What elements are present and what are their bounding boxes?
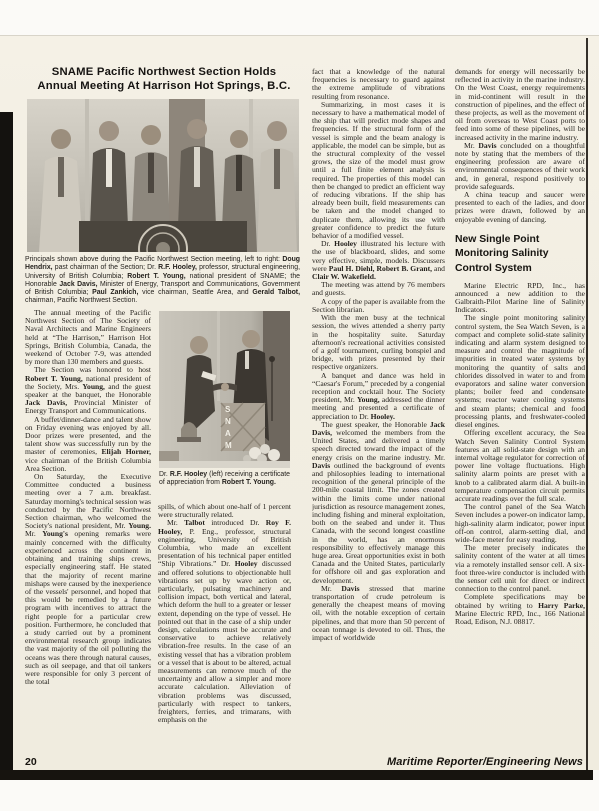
paragraph: Marine Electric RPD, Inc., has announced… [455,282,585,315]
paragraph: On Saturday, the Executive Committee con… [25,473,151,686]
svg-text:N: N [225,417,231,426]
paragraph: Mr. Davis concluded on a thoughtful note… [455,142,585,191]
section-heading-salinity-system: New Single Point Monitoring Salinity Con… [455,233,585,277]
paragraph: The single point monitoring salinity con… [455,314,585,429]
award-photo-caption: Dr. R.F. Hooley (left) receiving a certi… [159,471,290,488]
headline-line-2: Annual Meeting At Harrison Hot Springs, … [28,80,300,94]
svg-text:A: A [225,429,231,438]
paragraph: Summarizing, in most cases it is necessa… [312,101,445,240]
text-column-3: fact that a knowledge of the natural fre… [312,68,445,760]
paragraph: Complete specifications may be obtained … [455,593,585,626]
paragraph: A copy of the paper is available from th… [312,298,445,314]
paragraph: Mr. Talbot introduced Dr. Roy F. Hooley,… [158,519,291,724]
paragraph: The Section was honored to host Robert T… [25,366,151,415]
article-headline: SNAME Pacific Northwest Section Holds An… [28,66,300,94]
award-photo: SNAM [159,311,290,468]
text-column-1: The annual meeting of the Pacific Northw… [25,309,151,750]
paragraph: The meeting was attend by 76 members and… [312,281,445,297]
bottom-page-bleed-bar [0,770,593,780]
paragraph: Offering excellent accuracy, the Sea Wat… [455,429,585,503]
group-photo-caption: Principals shown above during the Pacifi… [25,256,300,306]
magazine-title: Maritime Reporter/Engineering News [387,756,583,768]
paragraph: A banquet and dance was held in “Caesar'… [312,372,445,421]
group-photo [27,99,299,252]
paragraph: demands for energy will necessarily be r… [455,68,585,142]
paragraph: A buffet/dinner-dance and talent show on… [25,416,151,473]
group-photo-illustration [27,99,299,252]
magazine-page-scan: SNAME Pacific Northwest Section Holds An… [0,0,599,811]
svg-text:S: S [225,405,231,414]
paragraph: The guest speaker, the Honorable Jack Da… [312,421,445,585]
left-page-bleed-bar [0,112,13,771]
text-column-4: demands for energy will necessarily be r… [455,68,585,760]
paragraph: Mr. Davis stressed that marine transport… [312,585,445,642]
paragraph: A china teacup and saucer were presented… [455,191,585,224]
award-photo-illustration: SNAM [159,311,290,468]
paragraph: fact that a knowledge of the natural fre… [312,68,445,101]
headline-line-1: SNAME Pacific Northwest Section Holds [28,66,300,80]
paragraph: The control panel of the Sea Watch Seven… [455,503,585,544]
paragraph: spills, of which about one-half of 1 per… [158,503,291,519]
paragraph: The meter precisely indicates the salini… [455,544,585,593]
paragraph: With the men busy at the technical sessi… [312,314,445,371]
right-edge-rule [586,38,588,770]
page-number: 20 [25,756,37,768]
paragraph: Dr. Hooley illustrated his lecture with … [312,240,445,281]
text-column-2: spills, of which about one-half of 1 per… [158,503,291,755]
paragraph: The annual meeting of the Pacific Northw… [25,309,151,366]
svg-text:M: M [225,441,232,450]
